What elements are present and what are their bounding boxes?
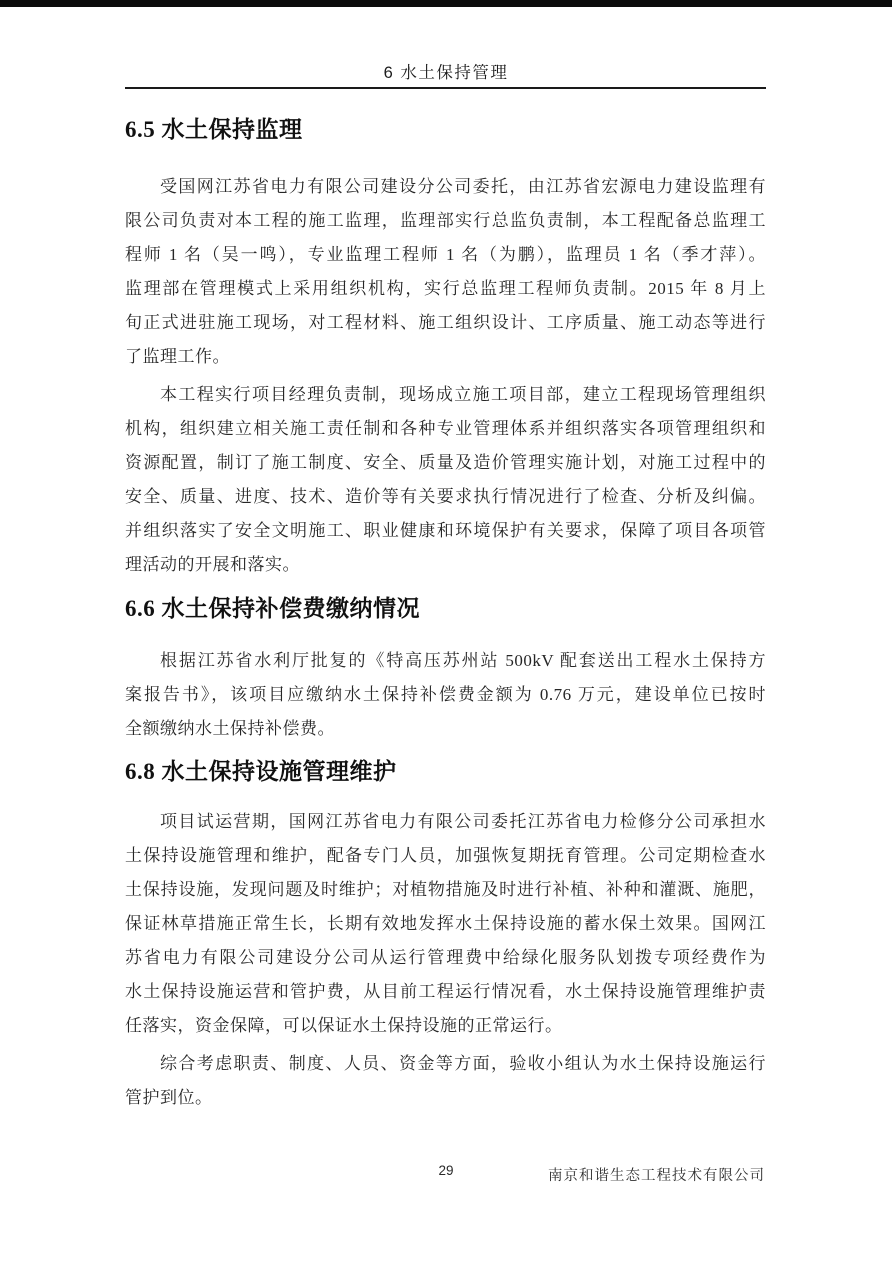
body-line: 安全、质量、进度、技术、造价等有关要求执行情况进行了检查、分析及纠偏。: [125, 480, 766, 514]
footer-company-name: 南京和谐生态工程技术有限公司: [548, 1164, 765, 1185]
running-header-title: 6 水土保持管理: [0, 59, 892, 83]
paragraph: 综合考虑职责、制度、人员、资金等方面，验收小组认为水土保持设施运行管护到位。: [125, 1047, 766, 1115]
document-body: 6.5 水土保持监理受国网江苏省电力有限公司建设分公司委托，由江苏省宏源电力建设…: [125, 100, 766, 1119]
body-line: 水土保持设施运营和管护费，从目前工程运行情况看，水土保持设施管理维护责: [125, 975, 766, 1009]
body-line: 资源配置，制订了施工制度、安全、质量及造价管理实施计划，对施工过程中的: [125, 446, 766, 480]
body-line: 土保持设施，发现问题及时维护；对植物措施及时进行补植、补种和灌溉、施肥，: [125, 873, 766, 907]
body-line: 限公司负责对本工程的施工监理，监理部实行总监负责制，本工程配备总监理工: [125, 204, 766, 238]
body-line: 并组织落实了安全文明施工、职业健康和环境保护有关要求，保障了项目各项管: [125, 514, 766, 548]
body-line: 苏省电力有限公司建设分公司从运行管理费中给绿化服务队划拨专项经费作为: [125, 941, 766, 975]
header-rule: [125, 87, 766, 89]
body-line: 管护到位。: [125, 1081, 766, 1115]
document-page: 6 水土保持管理 6.5 水土保持监理受国网江苏省电力有限公司建设分公司委托，由…: [0, 0, 892, 1262]
paragraph: 受国网江苏省电力有限公司建设分公司委托，由江苏省宏源电力建设监理有限公司负责对本…: [125, 170, 766, 374]
body-line: 了监理工作。: [125, 340, 766, 374]
section-heading: 6.6 水土保持补偿费缴纳情况: [125, 594, 766, 624]
body-line: 根据江苏省水利厅批复的《特高压苏州站 500kV 配套送出工程水土保持方: [125, 644, 766, 678]
section: 6.6 水土保持补偿费缴纳情况根据江苏省水利厅批复的《特高压苏州站 500kV …: [125, 594, 766, 746]
body-line: 理活动的开展和落实。: [125, 548, 766, 582]
paragraph: 本工程实行项目经理负责制，现场成立施工项目部，建立工程现场管理组织机构，组织建立…: [125, 378, 766, 582]
body-line: 任落实，资金保障，可以保证水土保持设施的正常运行。: [125, 1009, 766, 1043]
body-line: 监理部在管理模式上采用组织机构，实行总监理工程师负责制。2015 年 8 月上: [125, 272, 766, 306]
body-line: 项目试运营期，国网江苏省电力有限公司委托江苏省电力检修分公司承担水: [125, 805, 766, 839]
body-line: 旬正式进驻施工现场，对工程材料、施工组织设计、工序质量、施工动态等进行: [125, 306, 766, 340]
scan-edge-bar: [0, 0, 892, 7]
body-line: 机构，组织建立相关施工责任制和各种专业管理体系并组织落实各项管理组织和: [125, 412, 766, 446]
paragraph: 根据江苏省水利厅批复的《特高压苏州站 500kV 配套送出工程水土保持方案报告书…: [125, 644, 766, 746]
section-heading: 6.5 水土保持监理: [125, 115, 766, 145]
body-line: 综合考虑职责、制度、人员、资金等方面，验收小组认为水土保持设施运行: [125, 1047, 766, 1081]
body-line: 保证林草措施正常生长，长期有效地发挥水土保持设施的蓄水保土效果。国网江: [125, 907, 766, 941]
body-line: 案报告书》，该项目应缴纳水土保持补偿费金额为 0.76 万元，建设单位已按时: [125, 678, 766, 712]
paragraph: 项目试运营期，国网江苏省电力有限公司委托江苏省电力检修分公司承担水土保持设施管理…: [125, 805, 766, 1043]
body-line: 土保持设施管理和维护，配备专门人员，加强恢复期抚育管理。公司定期检查水: [125, 839, 766, 873]
body-line: 受国网江苏省电力有限公司建设分公司委托，由江苏省宏源电力建设监理有: [125, 170, 766, 204]
body-line: 本工程实行项目经理负责制，现场成立施工项目部，建立工程现场管理组织: [125, 378, 766, 412]
section-heading: 6.8 水土保持设施管理维护: [125, 757, 766, 787]
body-line: 全额缴纳水土保持补偿费。: [125, 712, 766, 746]
section: 6.8 水土保持设施管理维护项目试运营期，国网江苏省电力有限公司委托江苏省电力检…: [125, 757, 766, 1115]
body-line: 程师 1 名（吴一鸣），专业监理工程师 1 名（为鹏），监理员 1 名（季才萍）…: [125, 238, 766, 272]
section: 6.5 水土保持监理受国网江苏省电力有限公司建设分公司委托，由江苏省宏源电力建设…: [125, 115, 766, 582]
